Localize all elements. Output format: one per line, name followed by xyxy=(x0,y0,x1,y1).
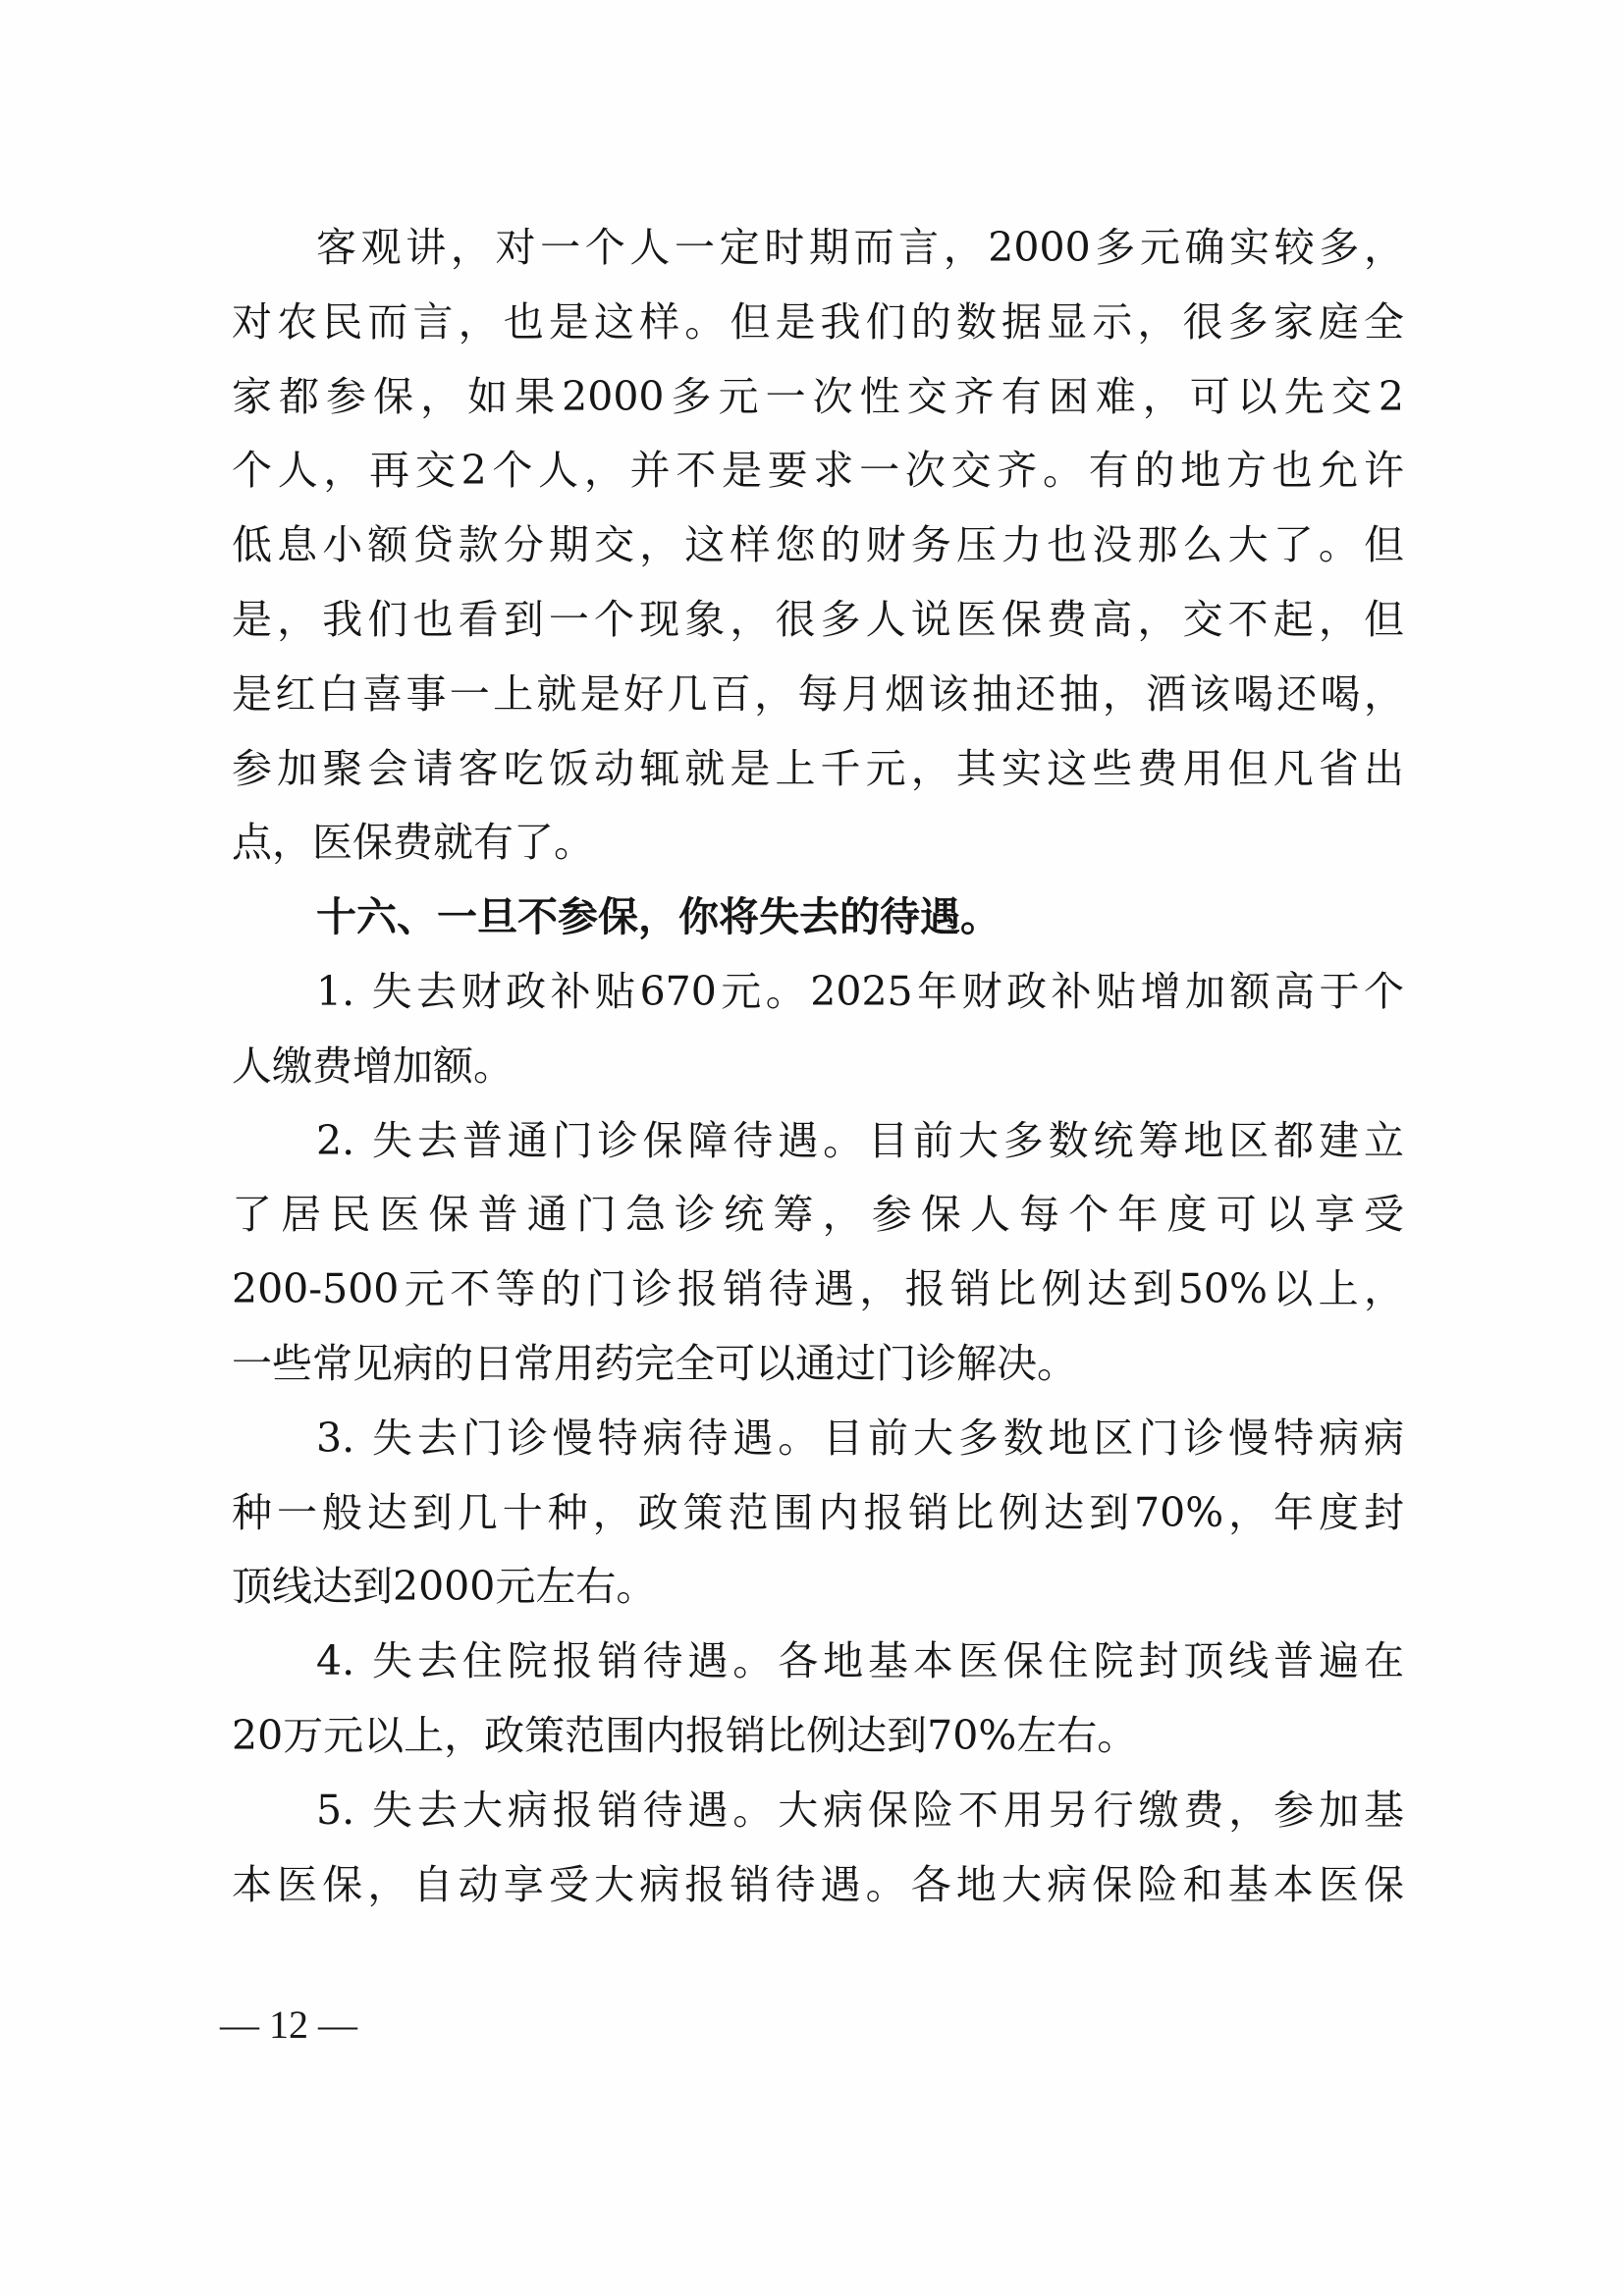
text-line: 2. 失去普通门诊保障待遇。目前大多数统筹地区都建立 xyxy=(232,1104,1404,1179)
page-number: — 12 — xyxy=(220,2002,357,2048)
text-line: 本医保，自动享受大病报销待遇。各地大病保险和基本医保 xyxy=(232,1848,1404,1923)
text-line: 对农民而言，也是这样。但是我们的数据显示，很多家庭全 xyxy=(232,286,1404,360)
text-line: 客观讲，对一个人一定时期而言，2000多元确实较多， xyxy=(232,211,1404,286)
section-heading: 十六、一旦不参保，你将失去的待遇。 xyxy=(232,881,1404,955)
heading-text: 十六、一旦不参保，你将失去的待遇。 xyxy=(232,881,1404,955)
text-line: 3. 失去门诊慢特病待遇。目前大多数地区门诊慢特病病 xyxy=(232,1402,1404,1476)
text-line: 是红白喜事一上就是好几百，每月烟该抽还抽，酒该喝还喝， xyxy=(232,658,1404,732)
text-line: 200-500元不等的门诊报销待遇，报销比例达到50%以上， xyxy=(232,1253,1404,1327)
text-line: 顶线达到2000元左右。 xyxy=(232,1550,1404,1625)
text-line: 是，我们也看到一个现象，很多人说医保费高，交不起，但 xyxy=(232,583,1404,658)
text-line: 人缴费增加额。 xyxy=(232,1030,1404,1104)
text-line: 点，医保费就有了。 xyxy=(232,806,1404,881)
list-item-5: 5. 失去大病报销待遇。大病保险不用另行缴费，参加基 本医保，自动享受大病报销待… xyxy=(232,1774,1404,1923)
document-body: 客观讲，对一个人一定时期而言，2000多元确实较多， 对农民而言，也是这样。但是… xyxy=(232,211,1404,1922)
text-line: 4. 失去住院报销待遇。各地基本医保住院封顶线普遍在 xyxy=(232,1625,1404,1699)
text-line: 种一般达到几十种，政策范围内报销比例达到70%，年度封 xyxy=(232,1476,1404,1551)
text-line: 5. 失去大病报销待遇。大病保险不用另行缴费，参加基 xyxy=(232,1774,1404,1848)
text-line: 个人，再交2个人，并不是要求一次交齐。有的地方也允许 xyxy=(232,434,1404,508)
text-line: 20万元以上，政策范围内报销比例达到70%左右。 xyxy=(232,1699,1404,1774)
document-page: 客观讲，对一个人一定时期而言，2000多元确实较多， 对农民而言，也是这样。但是… xyxy=(0,0,1623,2296)
text-line: 1. 失去财政补贴670元。2025年财政补贴增加额高于个 xyxy=(232,955,1404,1030)
text-line: 了居民医保普通门急诊统筹，参保人每个年度可以享受 xyxy=(232,1178,1404,1253)
list-item-1: 1. 失去财政补贴670元。2025年财政补贴增加额高于个 人缴费增加额。 xyxy=(232,955,1404,1104)
list-item-4: 4. 失去住院报销待遇。各地基本医保住院封顶线普遍在 20万元以上，政策范围内报… xyxy=(232,1625,1404,1774)
text-line: 低息小额贷款分期交，这样您的财务压力也没那么大了。但 xyxy=(232,508,1404,583)
paragraph-cost-explanation: 客观讲，对一个人一定时期而言，2000多元确实较多， 对农民而言，也是这样。但是… xyxy=(232,211,1404,881)
text-line: 一些常见病的日常用药完全可以通过门诊解决。 xyxy=(232,1327,1404,1402)
list-item-3: 3. 失去门诊慢特病待遇。目前大多数地区门诊慢特病病 种一般达到几十种，政策范围… xyxy=(232,1402,1404,1625)
text-line: 参加聚会请客吃饭动辄就是上千元，其实这些费用但凡省出 xyxy=(232,732,1404,807)
text-line: 家都参保，如果2000多元一次性交齐有困难，可以先交2 xyxy=(232,360,1404,435)
list-item-2: 2. 失去普通门诊保障待遇。目前大多数统筹地区都建立 了居民医保普通门急诊统筹，… xyxy=(232,1104,1404,1402)
